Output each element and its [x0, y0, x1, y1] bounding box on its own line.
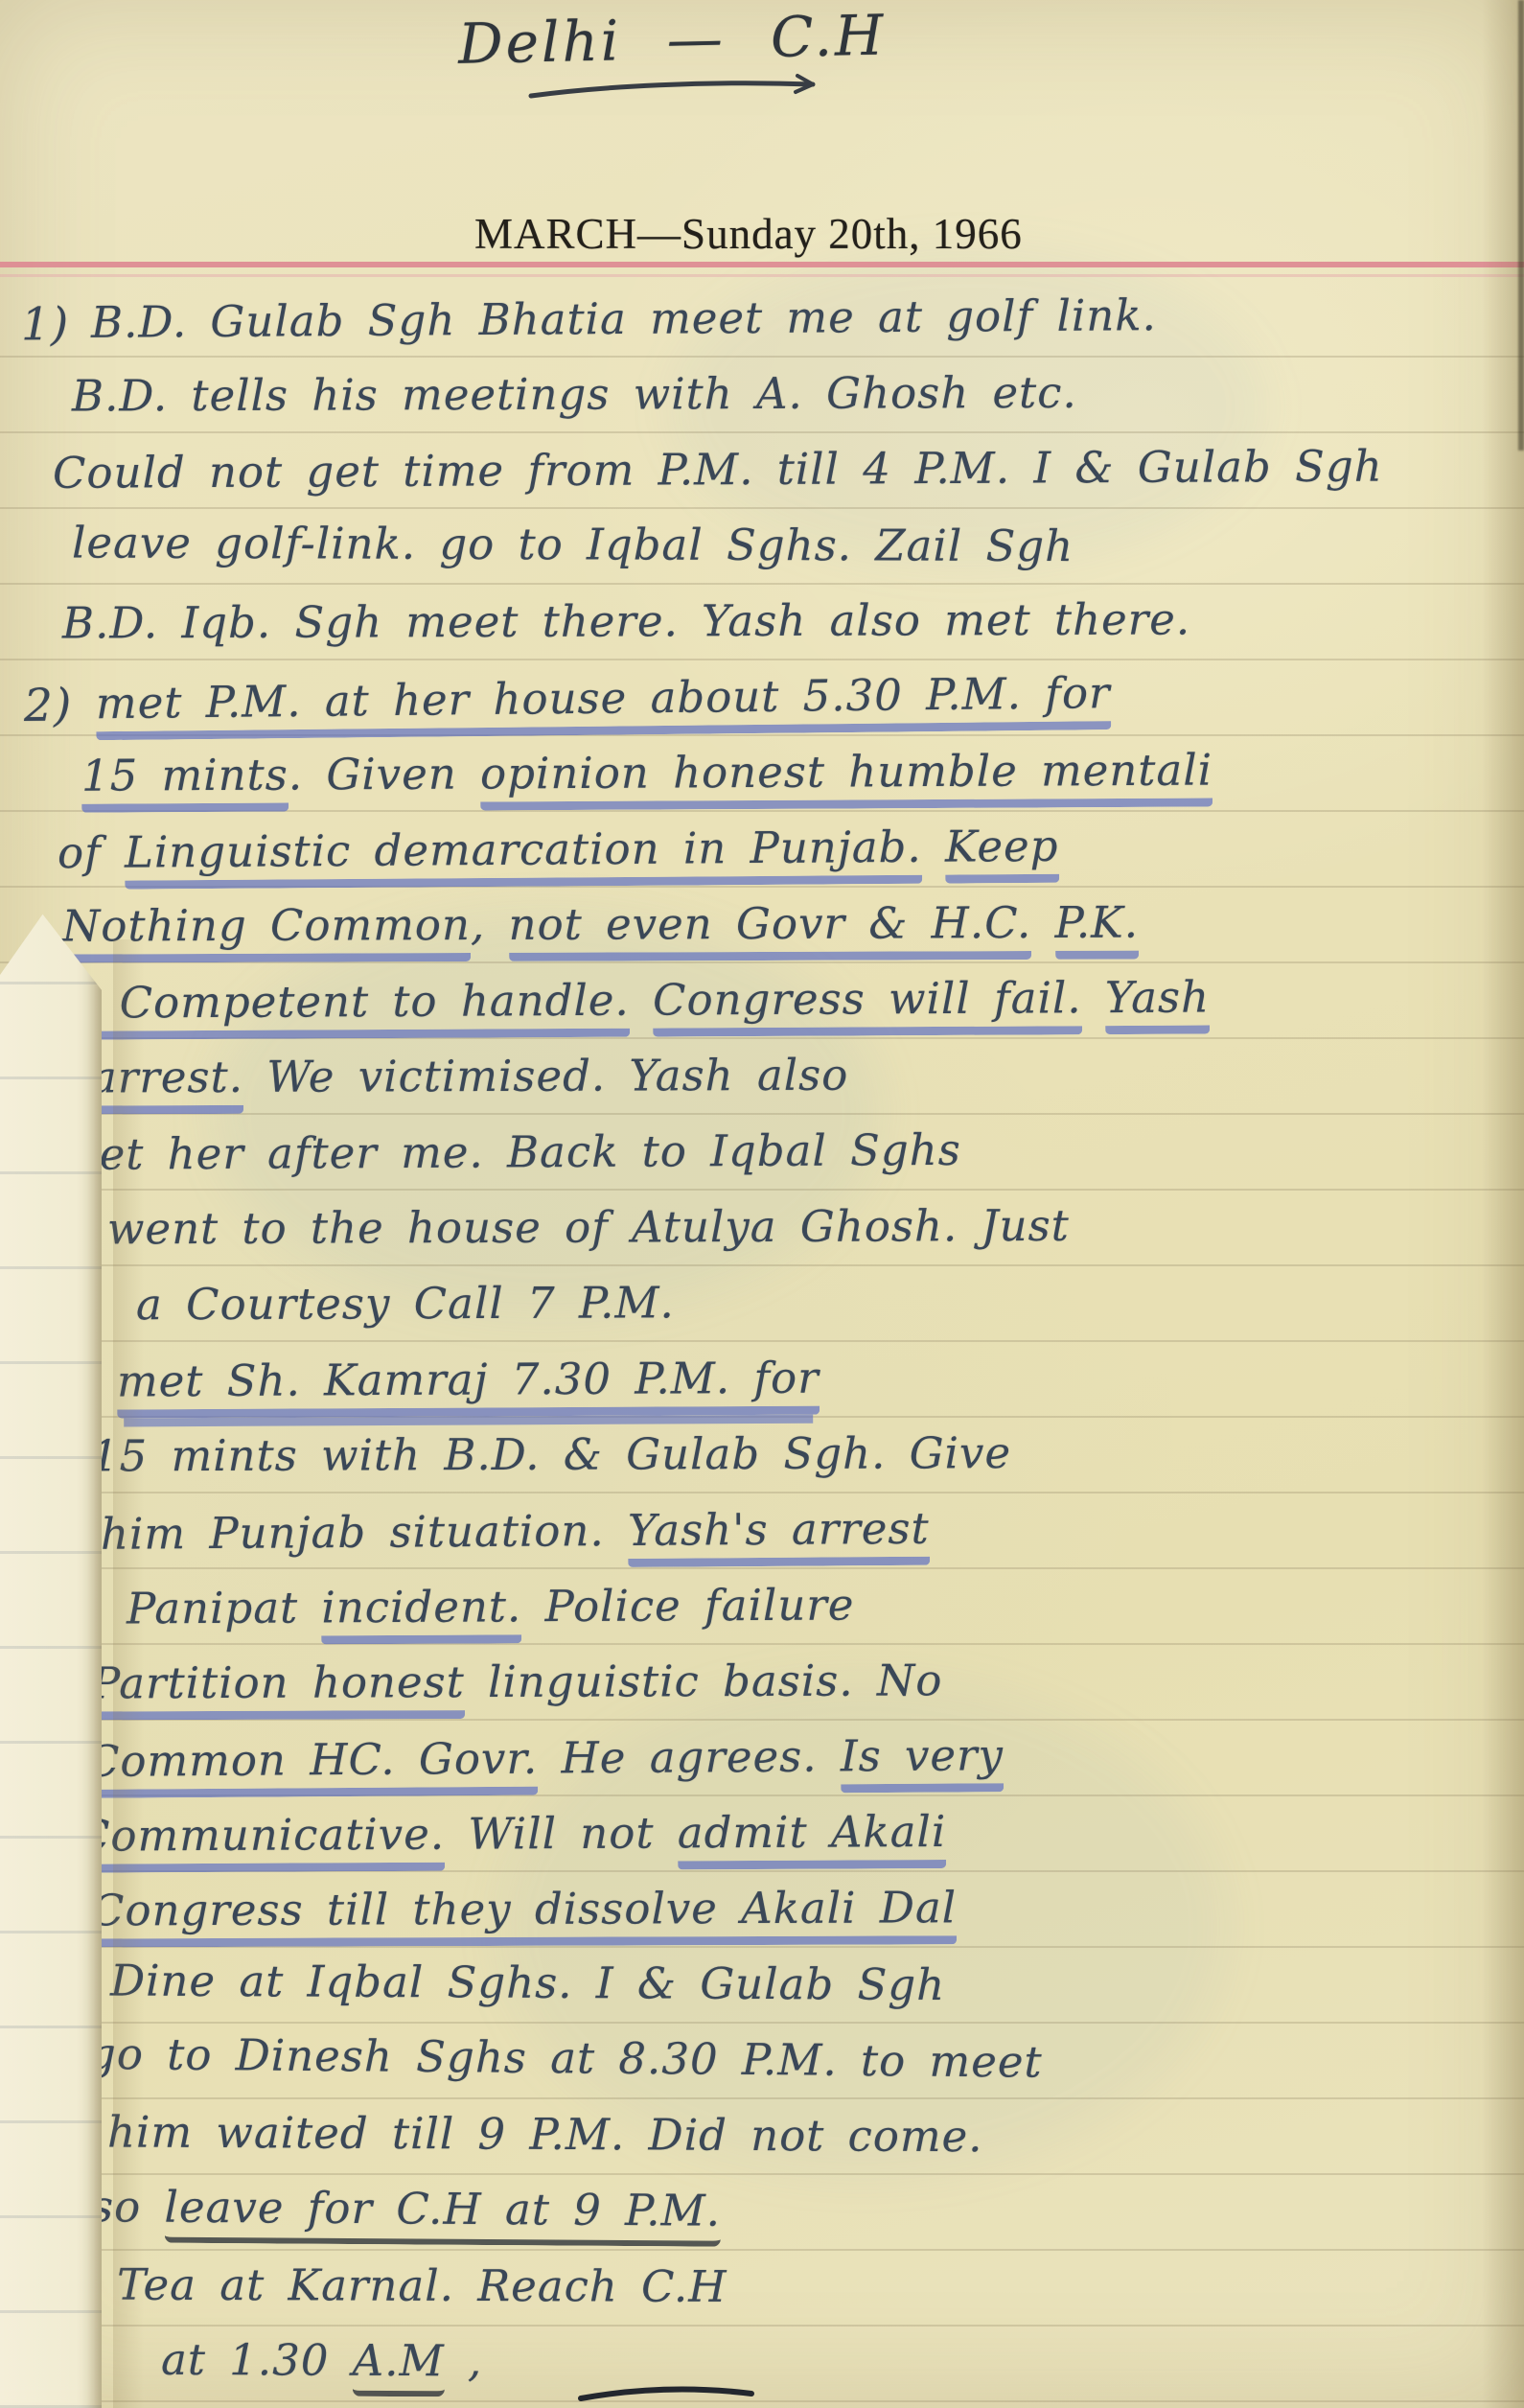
handwriting-line: at 1.30 A.M ,	[0, 2325, 1514, 2408]
printed-date-header: MARCH—Sunday 20th, 1966	[474, 209, 1222, 259]
underlined-phrase: Is very	[841, 1729, 1004, 1793]
handwriting-line: B.D. tells his meetings with A. Ghosh et…	[0, 357, 1514, 438]
header-rule-red-soft	[0, 274, 1524, 277]
torn-page-edge	[0, 891, 102, 2408]
diary-entries: 1)B.D. Gulab Sgh Bhatia meet me at golf …	[0, 284, 1514, 2404]
underlined-phrase: Yash	[1105, 972, 1210, 1035]
underlined-phrase: Yash's arrest	[628, 1503, 930, 1567]
handwriting-segment: B.D. Iqb. Sgh meet there. Yash also met …	[62, 593, 1190, 648]
handwriting-line: Partition honest linguistic basis. No	[0, 1644, 1514, 1725]
handwritten-location-title: Delhi — C.H	[457, 0, 995, 77]
handwriting-segment: linguistic basis. No	[465, 1655, 943, 1707]
handwriting-segment: went to the house of Atulya Ghosh. Just	[107, 1200, 1070, 1255]
handwriting-segment: . Given	[289, 749, 481, 800]
underlined-phrase: opinion honest humble mentali	[480, 745, 1212, 811]
entry-number: 1)	[21, 290, 70, 359]
handwriting-line: Congress till they dissolve Akali Dal	[0, 1871, 1514, 1953]
handwriting-segment: a Courtesy Call 7 P.M.	[136, 1277, 675, 1330]
handwriting-segment	[630, 975, 654, 1026]
handwriting-segment: He agrees.	[538, 1730, 841, 1783]
handwriting-line: Could not get time from P.M. till 4 P.M.…	[0, 431, 1514, 515]
handwriting-line: a Courtesy Call 7 P.M.	[0, 1265, 1514, 1347]
handwriting-line: in Competent to handle. Congress will fa…	[0, 961, 1514, 1045]
handwriting-segment: ,	[444, 2335, 482, 2386]
underlined-phrase: Linguistic demarcation in Punjab.	[125, 822, 922, 890]
underlined-phrase: met P.M. at her house about 5.30 P.M. fo…	[96, 667, 1111, 740]
underlined-phrase: Communicative.	[77, 1809, 445, 1873]
handwriting-segment: Could not get time from P.M. till 4 P.M.…	[53, 441, 1383, 498]
handwriting-line: of Linguistic demarcation in Punjab. Kee…	[0, 808, 1514, 894]
handwriting-line: 15 mints with B.D. & Gulab Sgh. Give	[0, 1417, 1514, 1498]
handwriting-segment	[1031, 897, 1054, 948]
handwriting-segment: him Punjab situation.	[101, 1505, 628, 1560]
handwriting-segment: of	[58, 827, 125, 878]
handwriting-segment: met her after me. Back to Iqbal Sghs	[58, 1124, 961, 1180]
underlined-phrase: Congress till they dissolve Akali Dal	[91, 1882, 957, 1947]
handwriting-line: Common HC. Govr. He agrees. Is very	[0, 1717, 1514, 1803]
handwriting-line: met her after me. Back to Iqbal Sghs	[0, 1113, 1514, 1196]
handwriting-segment: Tea at Karnal. Reach C.H	[117, 2259, 727, 2312]
underlined-phrase: Keep	[945, 821, 1059, 884]
handwriting-segment: 15 mints with B.D. & Gulab Sgh. Give	[91, 1427, 1011, 1481]
handwriting-line: 2)met P.M. at her house about 5.30 P.M. …	[0, 655, 1514, 747]
underlined-phrase: Nothing Common	[62, 899, 471, 962]
handwriting-line: 4)met Sh. Kamraj 7.30 P.M. for	[0, 1340, 1514, 1424]
handwriting-segment: Panipat	[127, 1582, 322, 1633]
handwriting-line: 5)Dine at Iqbal Sghs. I & Gulab Sgh	[0, 1946, 1514, 2029]
handwriting-line: go to Dinesh Sghs at 8.30 P.M. to meet	[0, 2019, 1514, 2108]
handwriting-line: 15 mints. Given opinion honest humble me…	[0, 734, 1514, 818]
handwriting-line: Panipat incident. Police failure	[0, 1567, 1514, 1651]
handwriting-segment: We victimised. Yash also	[243, 1050, 849, 1102]
handwriting-segment	[922, 822, 946, 872]
underlined-phrase: arrest.	[91, 1052, 243, 1115]
underlined-phrase: 15 mints	[81, 750, 289, 813]
handwriting-segment: him waited till 9 P.M. Did not come.	[107, 2106, 983, 2162]
handwriting-line: 3)went to the house of Atulya Ghosh. Jus…	[0, 1190, 1514, 1271]
handwriting-line: leave golf-link. go to Iqbal Sghs. Zail …	[0, 508, 1514, 590]
handwriting-segment: B.D. tells his meetings with A. Ghosh et…	[72, 367, 1077, 422]
underlined-phrase: Common HC. Govr.	[86, 1733, 539, 1798]
underlined-phrase: Congress will fail.	[653, 972, 1082, 1036]
handwriting-line: Tea at Karnal. Reach C.H	[0, 2250, 1514, 2331]
page-right-edge	[1518, 0, 1524, 451]
handwriting-line: B.D. Iqb. Sgh meet there. Yash also met …	[0, 584, 1514, 665]
header-rule-red	[0, 262, 1524, 267]
handwriting-segment: Will not	[445, 1807, 678, 1859]
handwriting-line: him waited till 9 P.M. Did not come.	[0, 2097, 1514, 2181]
handwriting-segment: so	[91, 2181, 165, 2233]
underlined-phrase: P.K.	[1055, 897, 1140, 960]
handwriting-line: arrest. We victimised. Yash also	[0, 1038, 1514, 1120]
arrow-flourish-icon	[525, 73, 851, 107]
handwriting-line: 1)B.D. Gulab Sgh Bhatia meet me at golf …	[0, 278, 1514, 364]
underlined-phrase: A.M	[353, 2335, 445, 2397]
handwriting-line: Communicative. Will not admit Akali	[0, 1794, 1514, 1878]
underlined-phrase: leave for C.H at 9 P.M.	[164, 2182, 721, 2247]
underlined-phrase: admit Akali	[678, 1806, 947, 1869]
handwriting-segment: Dine at Iqbal Sghs. I & Gulab Sgh	[110, 1955, 945, 2010]
handwriting-line: so leave for C.H at 9 P.M.	[0, 2171, 1514, 2257]
underlined-phrase: in Competent to handle.	[53, 975, 630, 1040]
handwriting-segment: leave golf-link. go to Iqbal Sghs. Zail …	[72, 518, 1074, 572]
handwriting-segment: B.D. Gulab Sgh Bhatia meet me at golf li…	[91, 289, 1157, 348]
underlined-phrase: met Sh. Kamraj 7.30 P.M. for	[117, 1353, 820, 1419]
bottom-flourish-icon	[575, 2379, 757, 2406]
entry-number: 2)	[24, 671, 73, 741]
underlined-phrase: Partition honest	[91, 1656, 465, 1720]
handwriting-segment: Police failure	[521, 1579, 854, 1632]
underlined-phrase: not even Govr & H.C.	[508, 897, 1031, 961]
handwriting-line: him Punjab situation. Yash's arrest	[0, 1490, 1514, 1576]
handwriting-segment	[1081, 972, 1105, 1023]
handwriting-segment: at 1.30	[161, 2334, 353, 2386]
handwriting-line: Nothing Common, not even Govr & H.C. P.K…	[0, 887, 1514, 968]
handwriting-segment: go to Dinesh Sghs at 8.30 P.M. to meet	[88, 2028, 1043, 2088]
handwriting-segment: ,	[471, 899, 509, 950]
diary-page: Delhi — C.H MARCH—Sunday 20th, 1966 1)B.…	[0, 0, 1524, 2408]
underlined-phrase: incident.	[321, 1581, 521, 1644]
